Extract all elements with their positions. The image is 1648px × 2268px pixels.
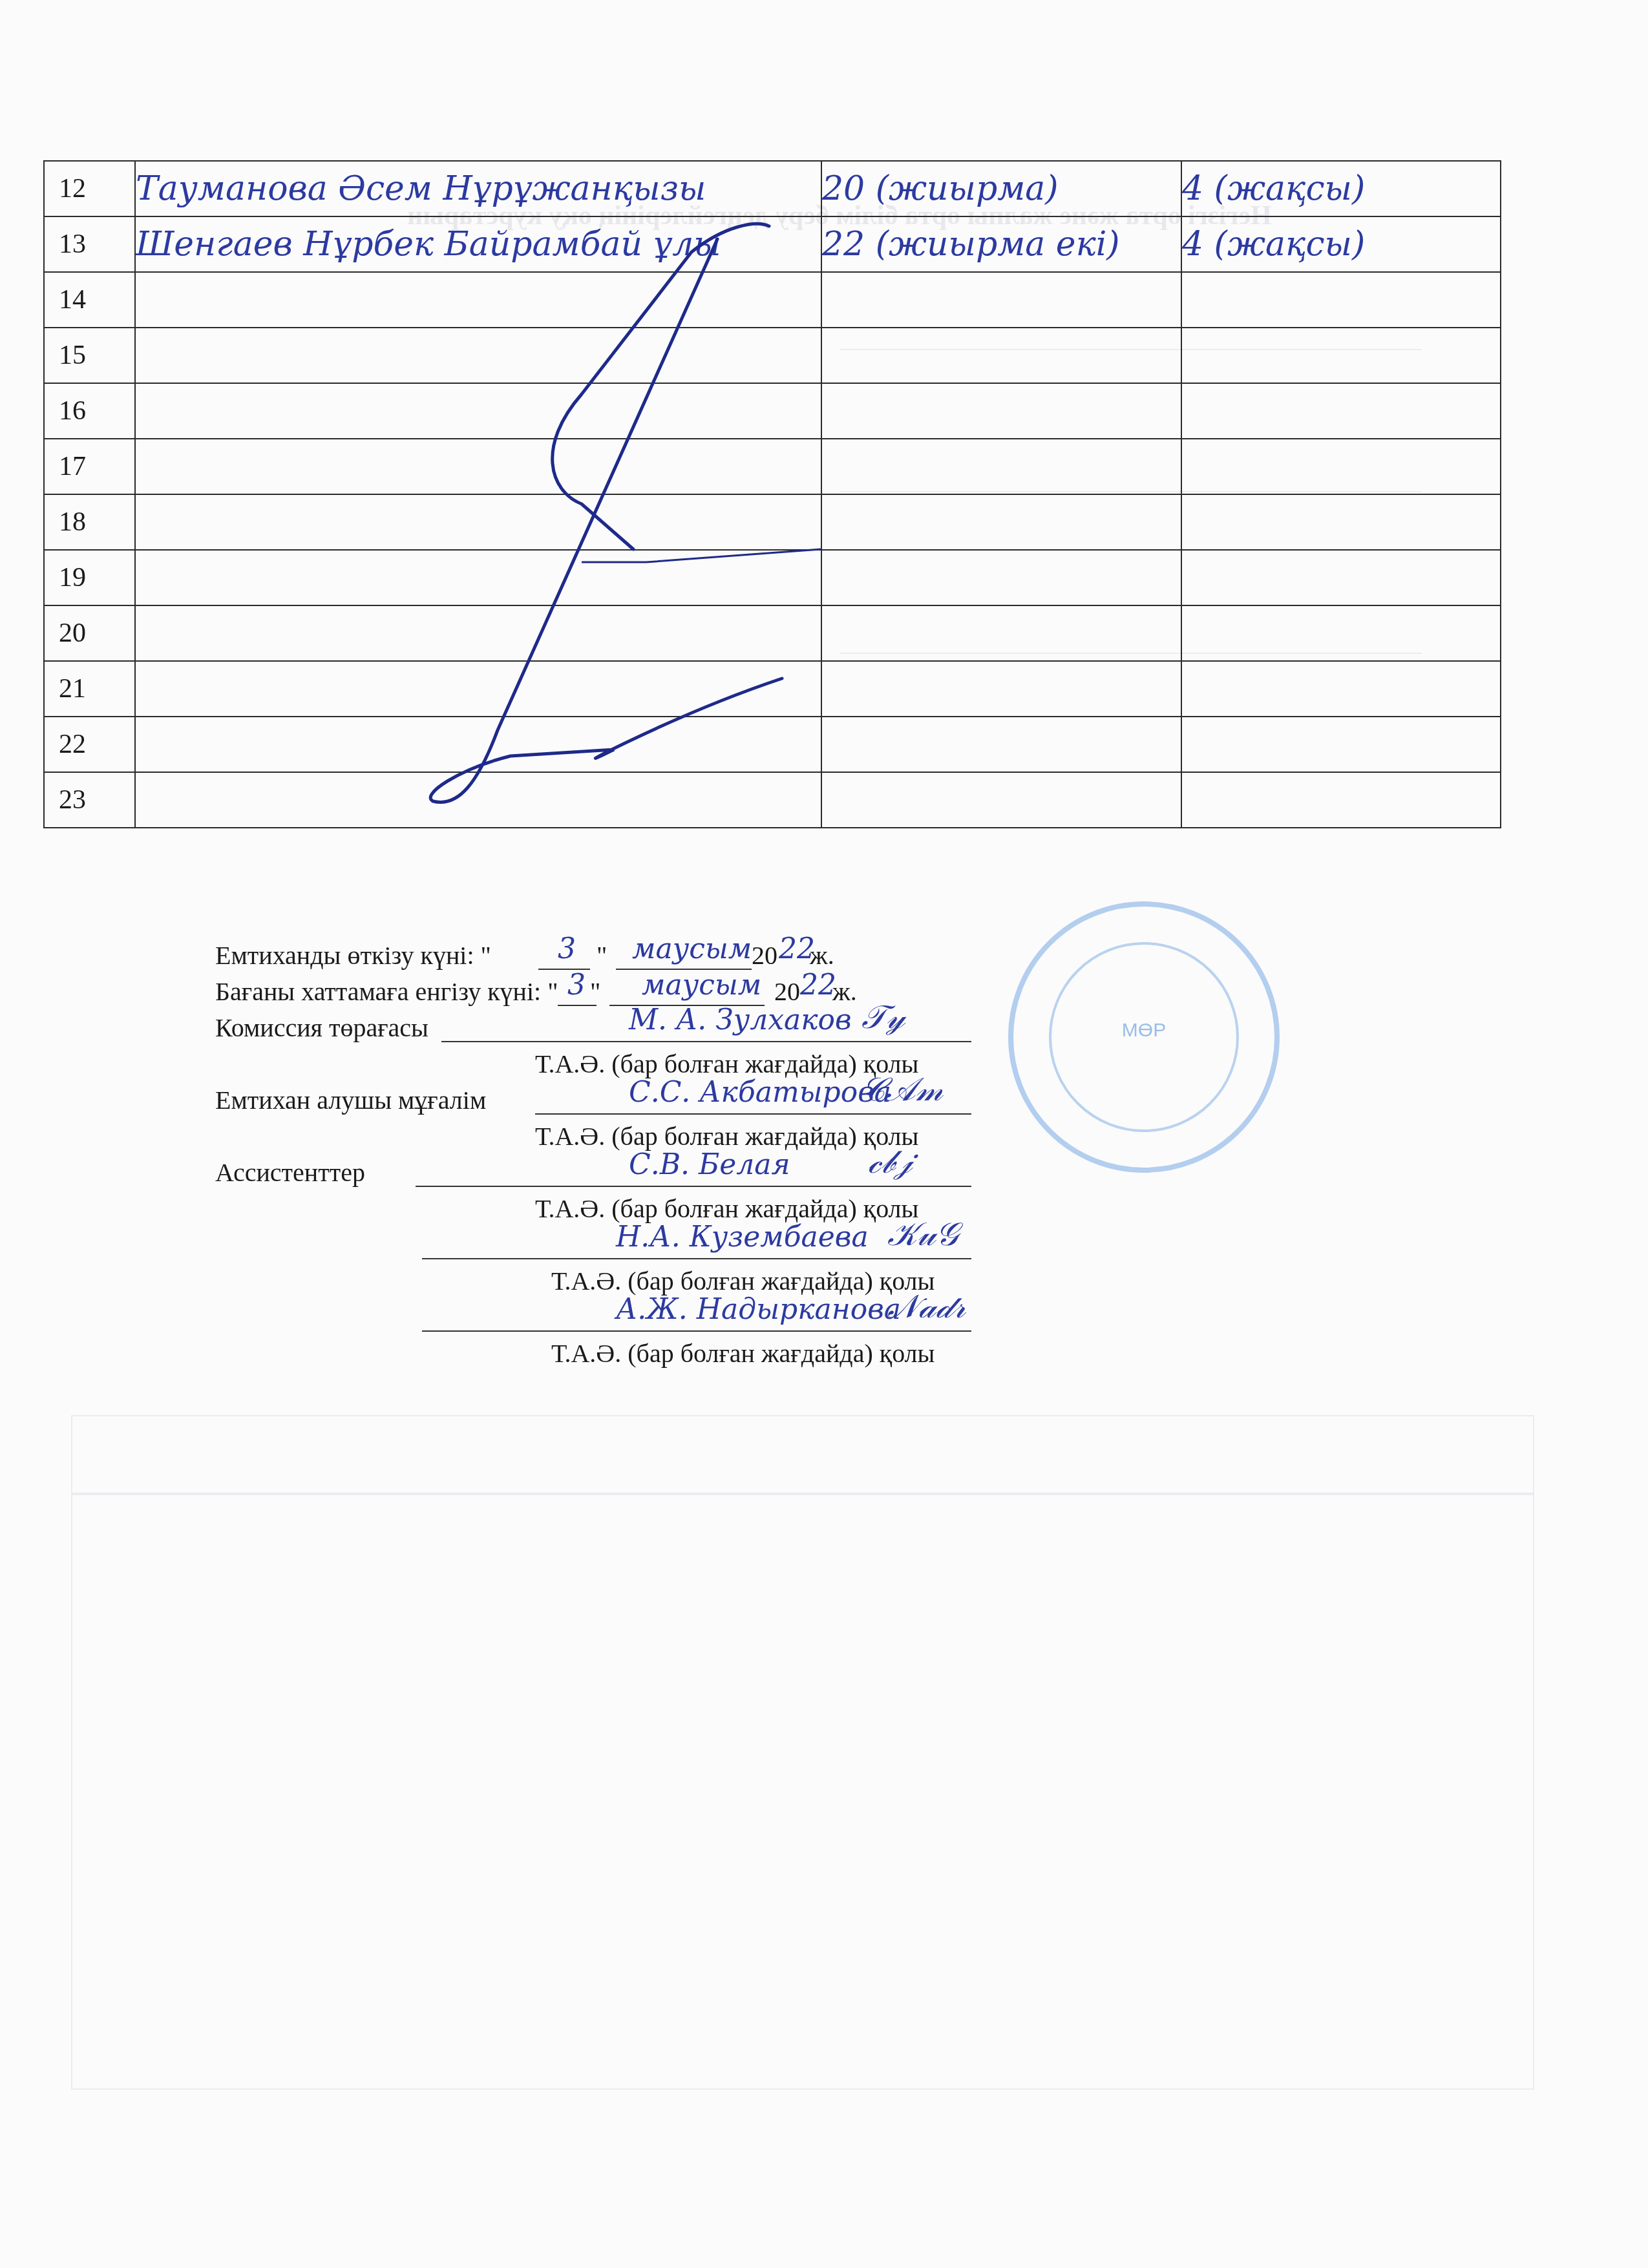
row-number: 12 (44, 161, 135, 216)
score: 20 (жиырма) (821, 161, 1181, 216)
table-row: 18 (44, 494, 1501, 550)
student-name (135, 494, 821, 550)
row-number: 21 (44, 661, 135, 717)
grade (1181, 328, 1501, 383)
score (821, 550, 1181, 605)
underline (422, 1330, 971, 1332)
grade: 4 (жақсы) (1181, 161, 1501, 216)
student-name (135, 439, 821, 494)
stamp-text: МӨР (1013, 1020, 1274, 1042)
assistant-2-row: Н.А. Кузембаева 𝒦𝓊𝒢 (215, 1230, 1185, 1266)
underline (416, 1186, 971, 1187)
teacher-name: С.С. Акбатырова (629, 1076, 891, 1109)
assistant-1-signature: 𝒸𝒷𝒿 (868, 1143, 913, 1181)
year-prefix: 20 (774, 976, 800, 1007)
grades-table: 12Тауманова Әсем Нұрұжанқызы20 (жиырма)4… (43, 160, 1501, 828)
student-name (135, 383, 821, 439)
table-row: 12Тауманова Әсем Нұрұжанқызы20 (жиырма)4… (44, 161, 1501, 216)
grade (1181, 605, 1501, 661)
score (821, 605, 1181, 661)
row-number: 18 (44, 494, 135, 550)
year-end: ж. (810, 940, 834, 971)
student-name (135, 661, 821, 717)
row-number: 20 (44, 605, 135, 661)
underline (422, 1258, 971, 1259)
score: 22 (жиырма екі) (821, 216, 1181, 272)
exam-date-month: маусым (632, 932, 752, 965)
table-row: 16 (44, 383, 1501, 439)
assistant-3-row: А.Ж. Надырканова 𝒩𝒶𝒹𝓇 (215, 1302, 1185, 1338)
score (821, 772, 1181, 828)
entry-date-month: маусым (642, 969, 761, 1002)
grade (1181, 383, 1501, 439)
teacher-caption: Т.А.Ә. (бар болған жағдайда) қолы (535, 1121, 918, 1151)
student-name: Тауманова Әсем Нұрұжанқызы (135, 161, 821, 216)
year-prefix: 20 (752, 940, 777, 971)
score (821, 494, 1181, 550)
row-number: 22 (44, 717, 135, 772)
quote: " (597, 940, 607, 971)
student-name (135, 717, 821, 772)
quote: " (590, 976, 600, 1007)
score (821, 328, 1181, 383)
table-row: 13Шенгаев Нұрбек Байрамбай ұлы22 (жиырма… (44, 216, 1501, 272)
entry-date-day: 3 (567, 969, 586, 1002)
assistants-label: Ассистенттер (215, 1157, 365, 1188)
student-name (135, 272, 821, 328)
assistant-1-name: С.В. Белая (629, 1148, 790, 1181)
score (821, 383, 1181, 439)
grade (1181, 717, 1501, 772)
table-row: 19 (44, 550, 1501, 605)
student-name: Шенгаев Нұрбек Байрамбай ұлы (135, 216, 821, 272)
table-row: 22 (44, 717, 1501, 772)
exam-date-label: Емтиханды өткізу күні: " (215, 940, 491, 971)
official-stamp: МӨР (1008, 901, 1280, 1173)
row-number: 19 (44, 550, 135, 605)
score (821, 661, 1181, 717)
assistant-3-caption: Т.А.Ә. (бар болған жағдайда) қолы (551, 1338, 935, 1369)
assistant-3-caption-row: Т.А.Ә. (бар болған жағдайда) қолы (215, 1338, 1185, 1374)
score (821, 439, 1181, 494)
score (821, 272, 1181, 328)
grade (1181, 494, 1501, 550)
grade (1181, 772, 1501, 828)
table-row: 14 (44, 272, 1501, 328)
grade (1181, 550, 1501, 605)
chair-signature: 𝒯𝓎 (861, 998, 905, 1036)
underline (535, 1113, 971, 1115)
table-row: 20 (44, 605, 1501, 661)
assistants-row: Ассистенттер С.В. Белая 𝒸𝒷𝒿 (215, 1157, 1185, 1193)
underline (441, 1041, 971, 1042)
table-row: 21 (44, 661, 1501, 717)
assistant-3-signature: 𝒩𝒶𝒹𝓇 (887, 1288, 966, 1326)
year-end: ж. (832, 976, 857, 1007)
grade: 4 (жақсы) (1181, 216, 1501, 272)
teacher-signature: 𝒞𝒜𝓂 (861, 1071, 943, 1109)
grade (1181, 439, 1501, 494)
score (821, 717, 1181, 772)
assistant-1-caption: Т.А.Ә. (бар болған жағдайда) қолы (535, 1193, 918, 1224)
student-name (135, 605, 821, 661)
student-name (135, 772, 821, 828)
grade (1181, 272, 1501, 328)
row-number: 14 (44, 272, 135, 328)
entry-date-label: Бағаны хаттамаға енгізу күні: " (215, 976, 558, 1007)
teacher-label: Емтихан алушы мұғалім (215, 1085, 486, 1115)
row-number: 16 (44, 383, 135, 439)
chair-name: М. А. Зулхаков (629, 1003, 852, 1036)
student-name (135, 550, 821, 605)
table-row: 17 (44, 439, 1501, 494)
row-number: 13 (44, 216, 135, 272)
assistant-2-signature: 𝒦𝓊𝒢 (887, 1215, 958, 1254)
bleed-through-table-header (71, 1415, 1534, 1495)
assistant-3-name: А.Ж. Надырканова (616, 1293, 901, 1326)
underline (558, 1005, 597, 1006)
exam-date-day: 3 (558, 932, 576, 965)
chair-label: Комиссия төрағасы (215, 1013, 428, 1043)
table-row: 23 (44, 772, 1501, 828)
bleed-through-table-body (71, 1493, 1534, 2090)
grade (1181, 661, 1501, 717)
row-number: 23 (44, 772, 135, 828)
student-name (135, 328, 821, 383)
row-number: 17 (44, 439, 135, 494)
assistant-2-caption: Т.А.Ә. (бар болған жағдайда) қолы (551, 1266, 935, 1296)
row-number: 15 (44, 328, 135, 383)
entry-date-year: 22 (800, 969, 836, 1002)
table-row: 15 (44, 328, 1501, 383)
assistant-2-name: Н.А. Кузембаева (616, 1221, 869, 1254)
